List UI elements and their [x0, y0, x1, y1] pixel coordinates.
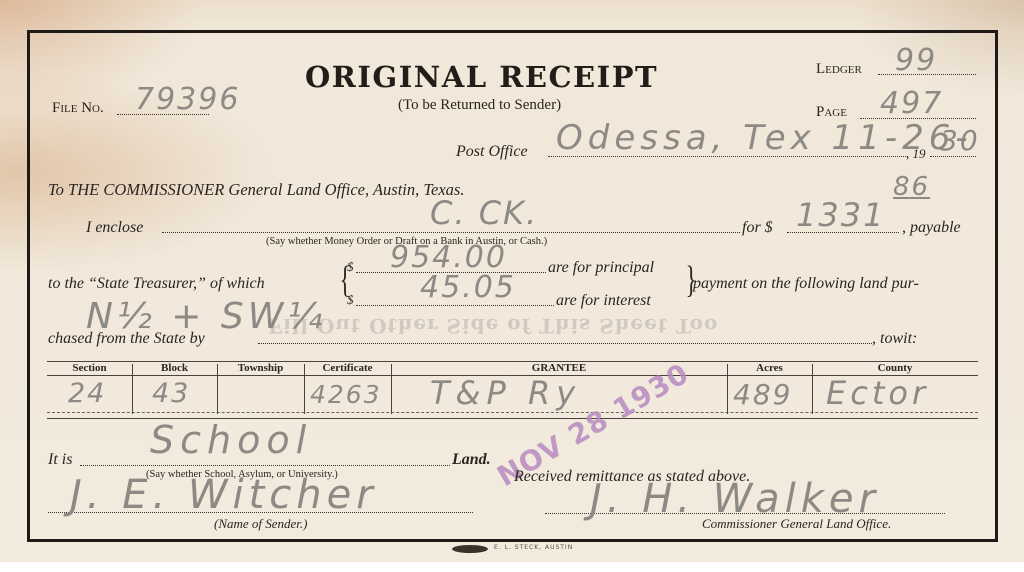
header-certificate: Certificate	[304, 362, 391, 374]
for-amount-label: for $	[742, 219, 773, 237]
treasurer-prefix: to the “State Treasurer,” of which	[48, 275, 265, 293]
cell-acres: 489	[733, 378, 792, 411]
enclose-value: C. CK.	[430, 194, 538, 232]
land-type-line	[80, 465, 450, 466]
table-row-rule	[47, 412, 978, 413]
file-no-label: File No.	[52, 100, 104, 117]
header-county: County	[812, 362, 978, 374]
printer-mark: E. L. STECK, AUSTIN	[494, 544, 573, 551]
interest-label: are for interest	[556, 292, 651, 310]
header-block: Block	[132, 362, 217, 374]
cell-section: 24	[68, 378, 106, 409]
interest-symbol: $	[347, 292, 354, 308]
header-acres: Acres	[727, 362, 812, 374]
enclose-label: I enclose	[86, 219, 143, 237]
land-type-label: It is	[48, 451, 72, 469]
commissioner-caption: Commissioner General Land Office.	[702, 516, 891, 532]
file-no-value: 79396	[135, 82, 240, 117]
enclose-line	[162, 232, 740, 233]
cell-county: Ector	[826, 374, 929, 412]
printer-logo-icon	[452, 545, 488, 553]
cell-grantee: T&P Ry	[430, 374, 581, 412]
addressee-line: To THE COMMISSIONER General Land Office,…	[48, 180, 464, 200]
payable-label: , payable	[902, 219, 961, 237]
purchased-line	[258, 343, 872, 344]
page-value: 497	[880, 86, 943, 121]
amount-value: 1331	[796, 196, 885, 234]
document-title: ORIGINAL RECEIPT	[305, 60, 658, 94]
cell-block: 43	[152, 378, 190, 409]
towit-label: , towit:	[872, 330, 917, 348]
land-suffix: Land.	[452, 451, 491, 469]
sender-caption: (Name of Sender.)	[214, 516, 308, 532]
purchased-value: N½ + SW¼	[86, 296, 326, 337]
land-type-value: School	[150, 418, 312, 462]
scan-edge	[0, 562, 1024, 572]
year-value: 30	[940, 124, 980, 157]
interest-line	[356, 305, 554, 306]
year-prefix: , 19	[906, 146, 926, 162]
principal-label: are for principal	[548, 259, 654, 277]
cell-certificate: 4263	[310, 380, 382, 409]
bleedthrough-text: Fill Out Other Side of This Sheet Too	[268, 314, 718, 338]
ledger-value: 99	[895, 43, 937, 78]
sender-signature: J. E. Witcher	[70, 472, 378, 518]
header-section: Section	[47, 362, 132, 374]
post-office-label: Post Office	[456, 143, 528, 161]
interest-value: 45.05	[420, 270, 516, 305]
principal-symbol: $	[347, 259, 354, 275]
amount-cents: 86	[893, 172, 930, 202]
treasurer-suffix: payment on the following land pur-	[693, 275, 919, 293]
ledger-label: Ledger	[816, 61, 862, 78]
document-subtitle: (To be Returned to Sender)	[398, 97, 561, 114]
header-township: Township	[217, 362, 304, 374]
